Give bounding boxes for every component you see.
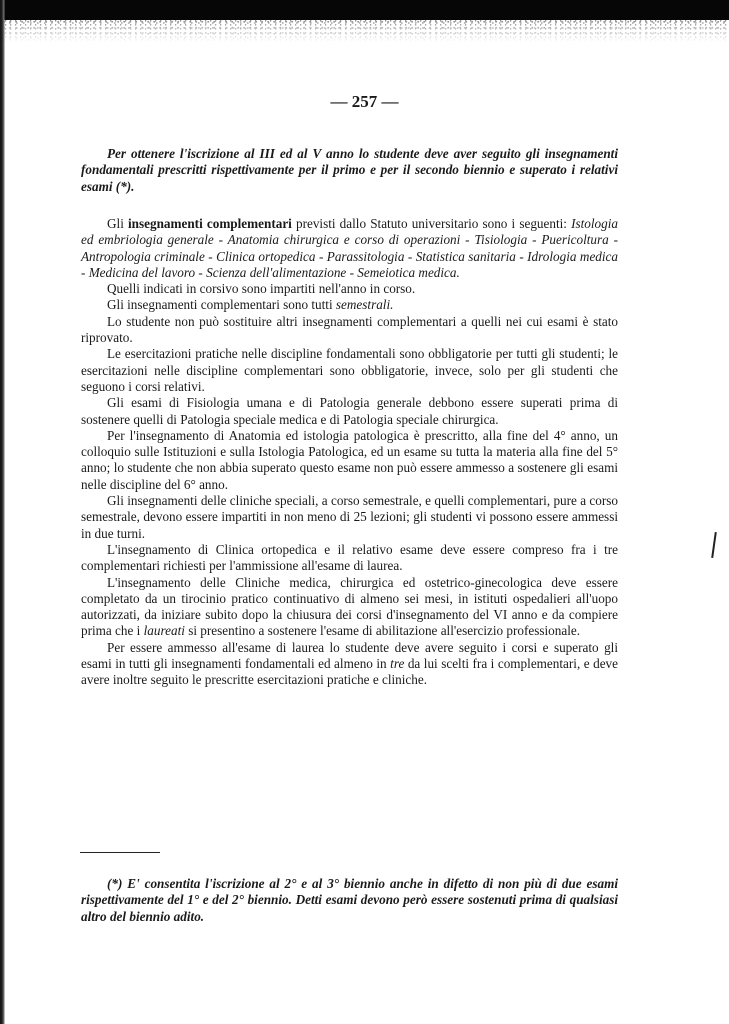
scan-left-border — [0, 0, 5, 1024]
paragraph-5: Gli esami di Fisiologia umana e di Patol… — [81, 395, 618, 428]
footnote-text: (*) E' consentita l'iscrizione al 2° e a… — [81, 876, 618, 925]
p2-italic: semestrali. — [336, 297, 394, 312]
intro-text: Per ottenere l'iscrizione al III ed al V… — [81, 146, 618, 195]
lead-prefix: Gli — [107, 216, 128, 231]
paragraph-6: Per l'insegnamento di Anatomia ed istolo… — [81, 428, 618, 493]
scan-top-border — [0, 0, 729, 20]
paragraph-3: Lo studente non può sostituire altri ins… — [81, 314, 618, 347]
complementary-lead: Gli insegnamenti complementari previsti … — [81, 216, 618, 281]
lead-bold: insegnamenti complementari — [128, 216, 292, 231]
paragraph-1: Quelli indicati in corsivo sono impartit… — [81, 281, 618, 297]
paragraph-8: L'insegnamento di Clinica ortopedica e i… — [81, 542, 618, 575]
p9-italic: laureati — [144, 623, 185, 638]
paragraph-7: Gli insegnamenti delle cliniche speciali… — [81, 493, 618, 542]
paragraph-4: Le esercitazioni pratiche nelle discipli… — [81, 346, 618, 395]
p9-suffix: si presentino a sostenere l'esame di abi… — [185, 623, 580, 638]
footnote-divider — [80, 852, 160, 853]
lead-suffix: previsti dallo Statuto universitario son… — [292, 216, 567, 231]
paragraph-2: Gli insegnamenti complementari sono tutt… — [81, 297, 618, 313]
intro-paragraph: Per ottenere l'iscrizione al III ed al V… — [81, 146, 618, 195]
paragraph-10: Per essere ammesso all'esame di laurea l… — [81, 640, 618, 689]
page-number: — 257 — — [0, 92, 729, 112]
p10-italic: tre — [390, 656, 404, 671]
footnote: (*) E' consentita l'iscrizione al 2° e a… — [81, 876, 618, 925]
scan-noise — [0, 20, 729, 42]
p2-prefix: Gli insegnamenti complementari sono tutt… — [107, 297, 336, 312]
paragraph-9: L'insegnamento delle Cliniche medica, ch… — [81, 575, 618, 640]
main-text: Gli insegnamenti complementari previsti … — [81, 216, 618, 689]
margin-mark — [711, 532, 717, 558]
